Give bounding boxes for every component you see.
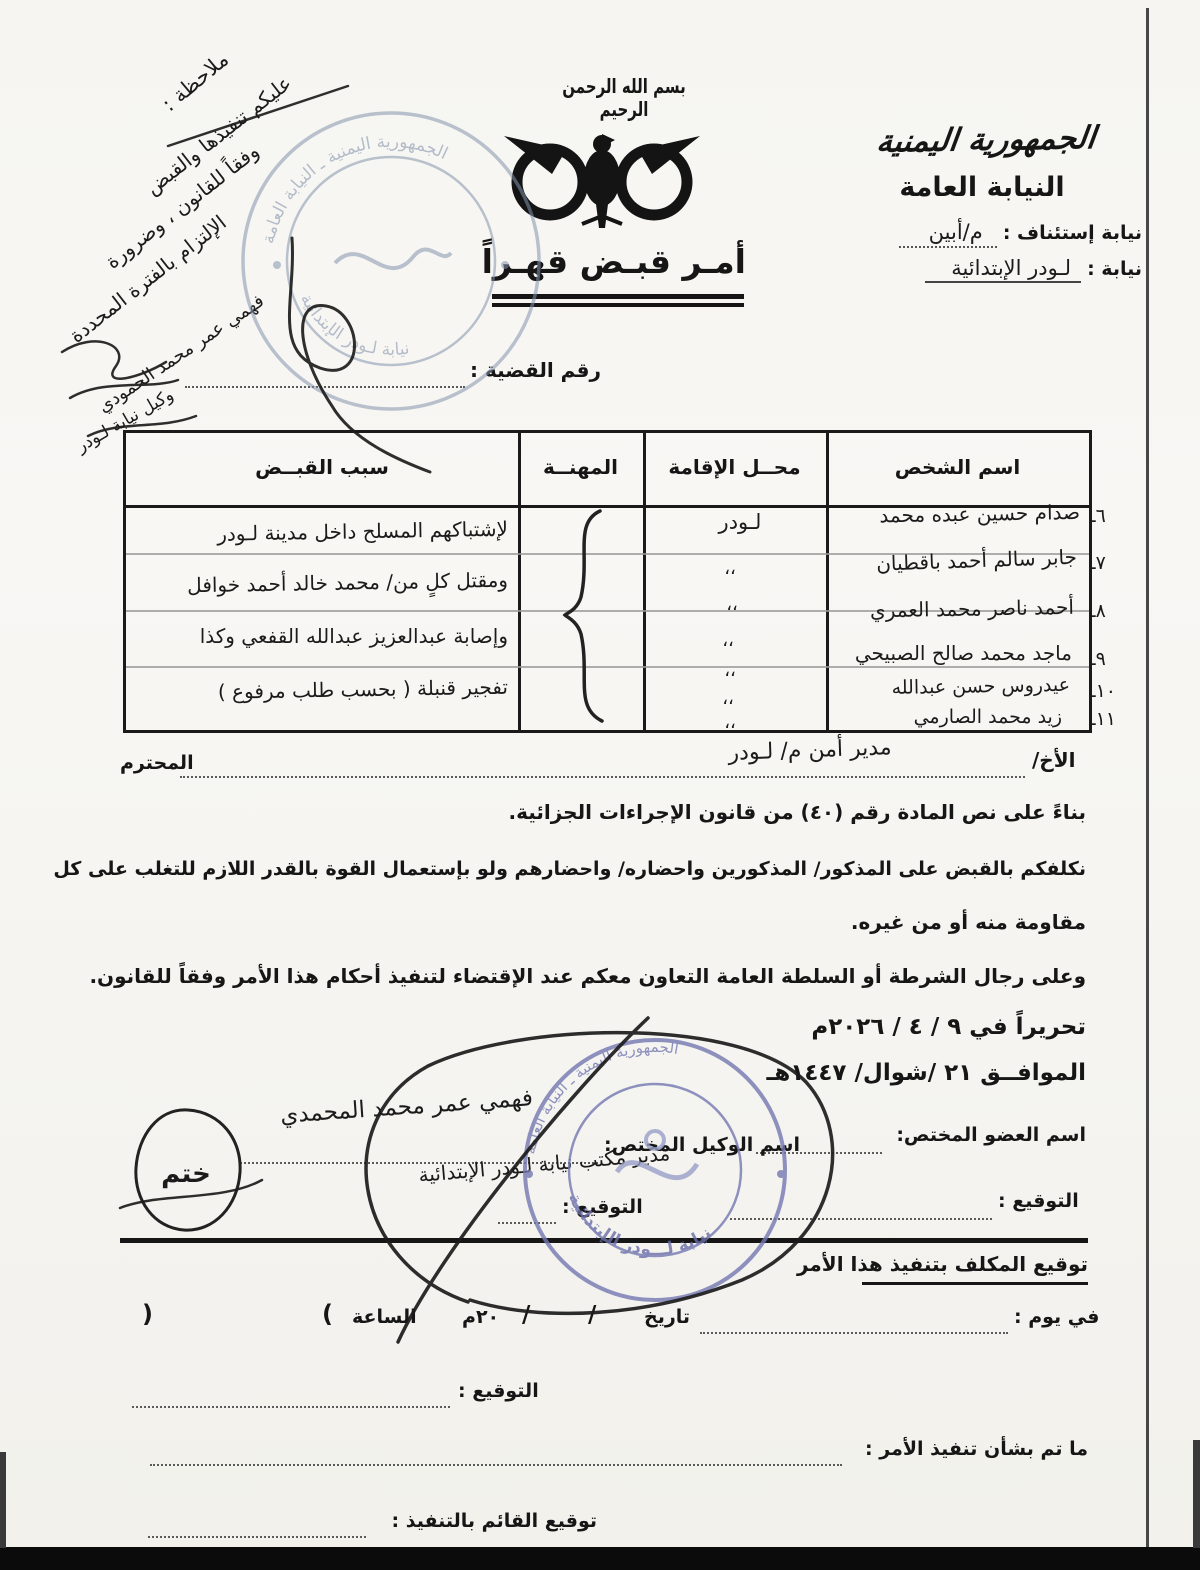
seal-cross-scrawl [120,1180,262,1208]
margin-scrawl [88,416,196,436]
handwritten-scribbles-overlay [0,0,1200,1570]
signature-scribble-top [289,238,430,472]
margin-note-underline-stroke [168,86,348,146]
margin-scrawl [70,380,178,398]
margin-scrawl [62,341,166,378]
scanned-arrest-warrant: ملاحظة : عليكم تنفيذها والقبض وفقاً للقا… [0,0,1200,1570]
signature-slash-bottom [398,1018,648,1342]
signature-oval-bottom [366,1033,833,1314]
